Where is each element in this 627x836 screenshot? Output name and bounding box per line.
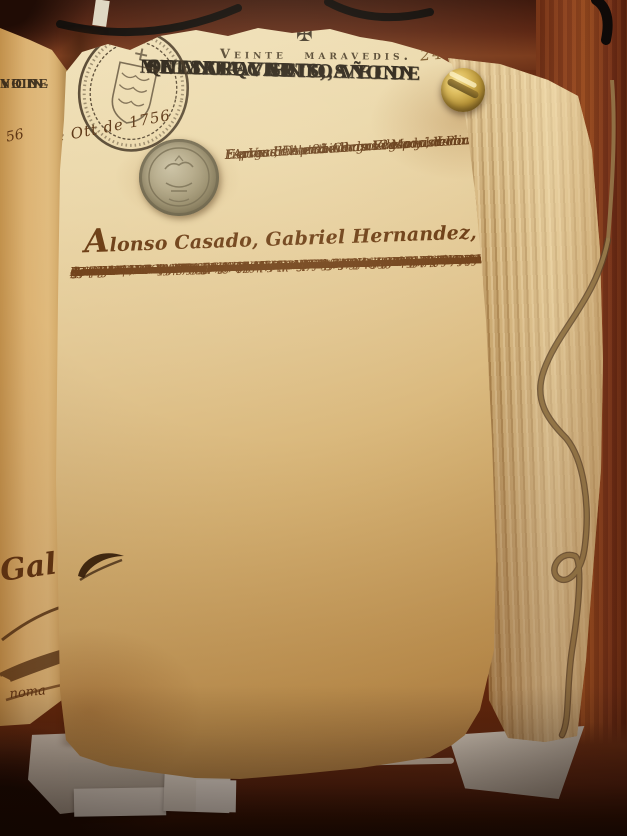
coin-seal: [139, 139, 219, 216]
white-paper-slip: [196, 780, 237, 813]
left-page-year-fragment: 56: [5, 126, 26, 145]
white-paper-slip: [74, 787, 166, 817]
ink-flourish: [76, 546, 130, 588]
manuscript-line: Anzel Buen: [0, 149, 60, 151]
brass-stud: [441, 68, 485, 112]
coin-relief: [139, 139, 219, 216]
photo-old-manuscript-book: VEIN-NO DEY CIN- 56 cuado, Estevaneel Pr…: [0, 0, 627, 836]
manuscript-line: daña Vecind: [0, 149, 65, 151]
manuscript-line: genos Delas: [0, 149, 64, 151]
flourish-word: noma: [9, 683, 47, 702]
manuscript-line: onde la Jur.: [0, 149, 60, 151]
stamp-fragment-line: Y CIN-: [0, 76, 49, 94]
twine-string: [500, 80, 627, 780]
